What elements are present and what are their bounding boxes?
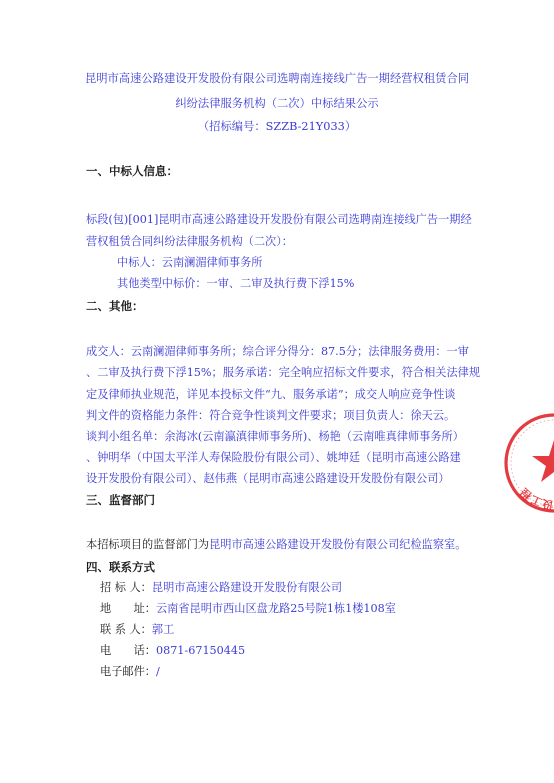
package-line-1: 标段(包)[001]昆明市高速公路建设开发股份有限公司选聘南连接线广告一期经 <box>86 213 472 227</box>
section3-heading: 三、监督部门 <box>86 493 155 507</box>
package-line-2: 营权租赁合同纠纷法律服务机构（二次）： <box>86 235 293 249</box>
title-line-1: 昆明市高速公路建设开发股份有限公司选聘南连接线广告一期经营权租赁合同 <box>0 72 554 86</box>
other-line: 判文件的资格能力条件：符合竞争性谈判文件要求；项目负责人：徐天云。 <box>86 409 455 423</box>
supervision-prefix: 本招标项目的监督部门为 <box>86 538 209 551</box>
other-line: 成交人：云南澜湄律师事务所；综合评分得分：87.5分；法律服务费用：一审 <box>86 345 469 359</box>
section4-heading: 四、联系方式 <box>86 560 155 574</box>
contact-label: 电子邮件： <box>100 665 156 678</box>
section2-heading: 二、其他： <box>86 299 144 313</box>
contact-value: 云南省昆明市西山区盘龙路25号院1栋1楼108室 <box>156 602 396 615</box>
supervision-text: 本招标项目的监督部门为昆明市高速公路建设开发股份有限公司纪检监察室。 <box>86 538 466 552</box>
other-line: 、二审及执行费下浮15%；服务承诺：完全响应招标文件要求，符合相关法律规 <box>86 366 480 380</box>
other-line: 设开发股份有限公司）、赵伟燕（昆明市高速公路建设开发股份有限公司） <box>86 472 450 486</box>
other-line: 、钟明华（中国太平洋人寿保险股份有限公司）、姚坤廷（昆明市高速公路建 <box>86 451 461 465</box>
contact-row-address: 地 址：云南省昆明市西山区盘龙路25号院1栋1楼108室 <box>100 602 396 616</box>
bid-number: （招标编号：SZZB-21Y033） <box>0 120 554 134</box>
supervision-department: 昆明市高速公路建设开发股份有限公司纪检监察室。 <box>209 538 466 551</box>
winning-price: 其他类型中标价：一审、二审及执行费下浮15% <box>117 277 354 291</box>
document-page: 昆明市高速公路建设开发股份有限公司选聘南连接线广告一期经营权租赁合同 纠纷法律服… <box>0 0 554 783</box>
contact-label: 电 话： <box>100 644 156 657</box>
contact-label: 招 标 人： <box>100 581 152 594</box>
contact-row-person: 联 系 人：郭工 <box>100 623 174 637</box>
contact-value: / <box>156 665 160 678</box>
contact-row-email: 电子邮件：/ <box>100 665 160 679</box>
contact-value: 0871-67150445 <box>156 644 245 657</box>
title-line-2: 纠纷法律服务机构（二次）中标结果公示 <box>0 97 554 111</box>
contact-row-bidder: 招 标 人：昆明市高速公路建设开发股份有限公司 <box>100 581 342 595</box>
other-line: 定及律师执业规范，详见本投标文件“九、服务承诺”；成交人响应竞争性谈 <box>86 388 455 402</box>
other-line: 谈判小组名单：余海冰(云南瀛滇律师事务所)、杨艳（云南唯真律师事务所） <box>86 430 464 444</box>
contact-label: 联 系 人： <box>100 623 152 636</box>
section1-heading: 一、中标人信息： <box>86 164 178 178</box>
contact-label: 地 址： <box>100 602 156 615</box>
contact-row-phone: 电 话：0871-67150445 <box>100 644 245 658</box>
contact-value: 昆明市高速公路建设开发股份有限公司 <box>152 581 342 594</box>
contact-value: 郭工 <box>152 623 174 636</box>
winner: 中标人：云南澜湄律师事务所 <box>117 256 262 270</box>
company-seal-stamp-icon: 云南山重建设工程 <box>503 412 554 514</box>
